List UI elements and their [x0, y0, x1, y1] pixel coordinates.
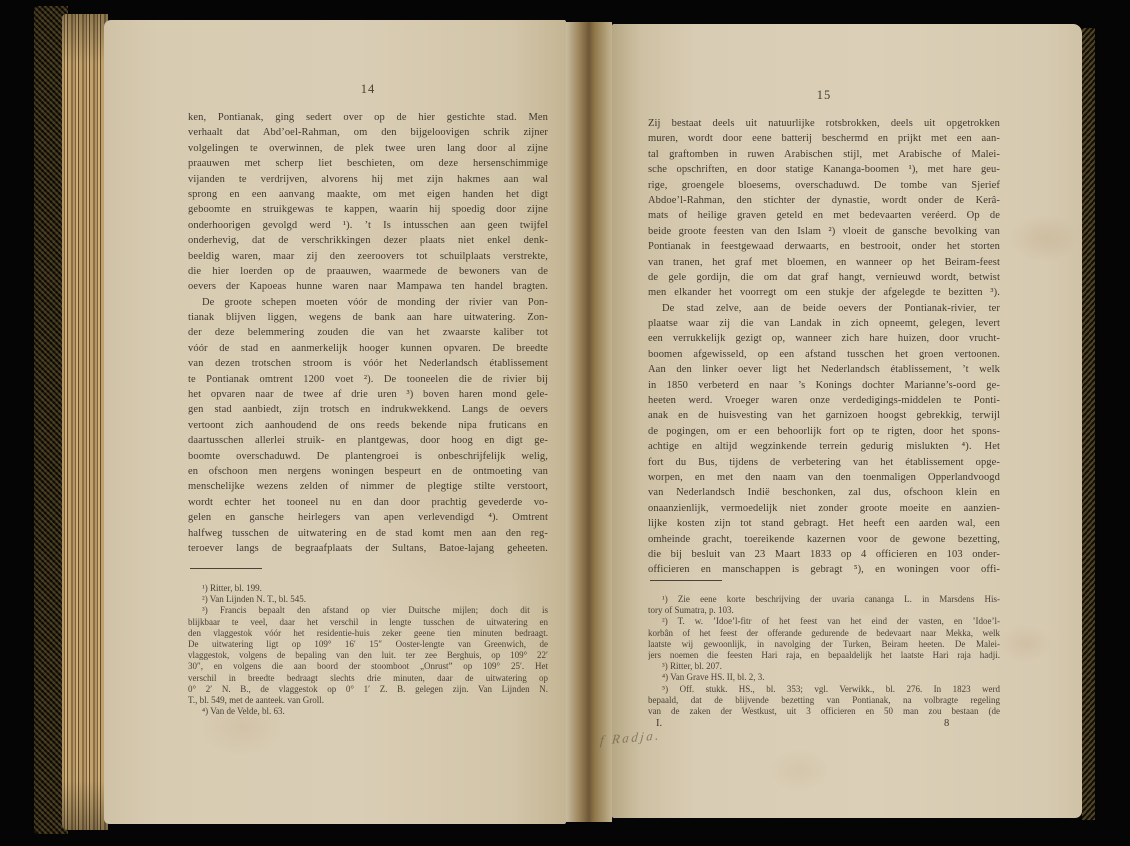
text-line: van de zaken der Westkust, uit 3 officie…: [648, 706, 1000, 717]
text-line: die hier loerden op de praauwen, waarmed…: [188, 264, 548, 279]
text-line: de gele gordijn, die om dat graf hangt, …: [648, 270, 1000, 285]
text-line: men elkander het voorregt om een stukje …: [648, 285, 1000, 300]
text-line: den vlaggestok vóór het residentie-huis …: [188, 628, 548, 639]
page-number-right: 15: [648, 88, 1000, 103]
text-line: ³) Francis bepaalt den afstand op vier D…: [188, 605, 548, 616]
text-line: muren, wordt door eene batterij bescherm…: [648, 131, 1000, 146]
text-line: Abdoe’l-Rahman, den stichter der dynasti…: [648, 193, 1000, 208]
text-line: Aan den linker oever ligt het Nederlands…: [648, 362, 1000, 377]
text-line: ⁴) Van de Velde, bl. 63.: [188, 706, 548, 717]
text-line: volgelingen te overwinnen, de plek twee …: [188, 141, 548, 156]
text-line: Zij bestaat deels uit natuurlijke rotsbr…: [648, 116, 1000, 131]
text-line: jers noemen die feesten Hari raja, en be…: [648, 650, 1000, 661]
footnote-rule: [650, 580, 722, 581]
text-line: sprong en een aanvang maakte, om met eig…: [188, 187, 548, 202]
footnote: ³) Francis bepaalt den afstand op vier D…: [188, 605, 548, 706]
right-footnotes: ¹) Zie eene korte beschrijving der uvari…: [648, 594, 1000, 717]
text-line: daartusschen allerlei struik- en plantge…: [188, 433, 548, 448]
text-line: vlaggestok, volgens de bepaling van den …: [188, 650, 548, 661]
text-line: beide groote feesten van den Islam ²) vl…: [648, 224, 1000, 239]
text-line: verschil in breedte bedraagt slechts dri…: [188, 673, 548, 684]
text-line: plaatse waar zij die van Landak in zich …: [648, 316, 1000, 331]
text-line: mats of heilige graven geteld en met bed…: [648, 208, 1000, 223]
text-line: ³) Ritter, bl. 207.: [648, 661, 1000, 672]
text-line: fort du Bus, tijdens de verbetering van …: [648, 455, 1000, 470]
left-page: 14 ken, Pontianak, ging sedert over op d…: [104, 20, 566, 824]
footnote: ²) Van Lijnden N. T., bl. 545.: [188, 594, 548, 605]
text-line: teroever langs de begraafplaats der Sult…: [188, 541, 548, 556]
signature-row: I. 8: [648, 718, 1000, 732]
text-line: beeldig waren, maar zij den zeeroovers t…: [188, 249, 548, 264]
text-line: onderhevig, dat de verschrikkingen dezer…: [188, 233, 548, 248]
footnote: ¹) Ritter, bl. 199.: [188, 583, 548, 594]
text-line: vertoont zich aanhoudend de ons reeds be…: [188, 418, 548, 433]
text-line: De groote schepen moeten vóór de monding…: [188, 295, 548, 310]
text-line: anak en de huisvesting van het garnizoen…: [648, 408, 1000, 423]
text-line: der deze belemmering zouden die van het …: [188, 325, 548, 340]
text-line: lijke kosten zijn tot stand gebragt. Het…: [648, 516, 1000, 531]
right-page: 15 Zij bestaat deels uit natuurlijke rot…: [612, 24, 1082, 818]
footnote: ¹) Zie eene korte beschrijving der uvari…: [648, 594, 1000, 616]
text-line: oevers der Kapoeas hunne waren naar Mamp…: [188, 279, 548, 294]
text-line: een verrukkelijk gezigt op, wanneer zich…: [648, 331, 1000, 346]
paragraph: De stad zelve, aan de beide oevers der P…: [648, 301, 1000, 578]
text-line: T., bl. 549, met de aanteek. van Groll.: [188, 695, 548, 706]
text-line: in 1850 verbeterd en naar ’s Konings doc…: [648, 378, 1000, 393]
text-line: omheinde gracht, toereikende kazernen vo…: [648, 532, 1000, 547]
text-line: heeten werd. Vroeger waren onze verdedig…: [648, 393, 1000, 408]
footnote-rule: [190, 568, 262, 569]
text-line: de pogingen, om er een behoorlijk fort o…: [648, 424, 1000, 439]
text-line: onderhoorigen gevolgd werd ¹). ’t Is int…: [188, 218, 548, 233]
paragraph: ken, Pontianak, ging sedert over op de h…: [188, 110, 548, 295]
text-line: boomte overschaduwd. De plantengroei is …: [188, 449, 548, 464]
text-line: onaanzienlijk, vermoedelijk niet zonder …: [648, 501, 1000, 516]
text-line: vijanden te verdrijven, alvorens hij met…: [188, 172, 548, 187]
text-line: menschelijke wezens zelden of nimmer de …: [188, 479, 548, 494]
text-line: achtige en altijd wegzinkende terrein ge…: [648, 439, 1000, 454]
text-line: officieren en manschappen is gebragt ⁵),…: [648, 562, 1000, 577]
book-cover-right-edge: [1082, 28, 1095, 820]
text-line: praauwen met scherp liet beschieten, om …: [188, 156, 548, 171]
right-text-column: 15 Zij bestaat deels uit natuurlijke rot…: [648, 88, 1000, 818]
text-line: 0° 2′ N. B., de vlaggestok op 0° 1′ Z. B…: [188, 684, 548, 695]
footnote: ⁴) Van Grave HS. II, bl. 2, 3.: [648, 672, 1000, 683]
text-line: korbân of het feest der offerande gedure…: [648, 628, 1000, 639]
text-line: geboomte en struikgewas te kappen, waari…: [188, 202, 548, 217]
text-line: sche opschriften, en door statige Kanang…: [648, 162, 1000, 177]
text-line: ⁴) Van Grave HS. II, bl. 2, 3.: [648, 672, 1000, 683]
text-line: ¹) Zie eene korte beschrijving der uvari…: [648, 594, 1000, 605]
text-line: wordt echter het tooneel nu en dan door …: [188, 495, 548, 510]
text-line: gen stad aanbiedt, zijn trotsch en indru…: [188, 402, 548, 417]
text-line: bepaald, dat de blijvende bezetting van …: [648, 695, 1000, 706]
text-line: van dezen trotschen stroom is vóór het N…: [188, 356, 548, 371]
text-line: De uitwatering ligt op 109° 16′ 15″ Oost…: [188, 639, 548, 650]
footnote: ³) Ritter, bl. 207.: [648, 661, 1000, 672]
text-line: gelen en gansche heirlegers van apen ver…: [188, 510, 548, 525]
text-line: rige, groengele bloesems, overschaduwd. …: [648, 178, 1000, 193]
footnote: ⁴) Van de Velde, bl. 63.: [188, 706, 548, 717]
page-number-left: 14: [188, 82, 548, 97]
text-line: 30″, en volgens die aan boord der stoomb…: [188, 661, 548, 672]
text-line: blijkbaar te veel, daar het verschil in …: [188, 617, 548, 628]
text-line: halfweg tusschen de uitwatering en de st…: [188, 526, 548, 541]
text-line: ⁵) Off. stukk. HS., bl. 353; vgl. Verwik…: [648, 684, 1000, 695]
text-line: ²) Van Lijnden N. T., bl. 545.: [188, 594, 548, 605]
left-text-column: 14 ken, Pontianak, ging sedert over op d…: [188, 82, 548, 822]
text-line: van tranen, het graf met bloemen, en wan…: [648, 255, 1000, 270]
text-line: worpen, en met den naam van den toenmali…: [648, 470, 1000, 485]
text-line: ¹) Ritter, bl. 199.: [188, 583, 548, 594]
book-gutter-shadow: [566, 22, 612, 822]
sheet-signature-number: 8: [944, 718, 949, 729]
text-line: vóór de stad en aanmerkelijk hooger kunn…: [188, 341, 548, 356]
text-line: ²) T. w. ’Idoe’l-fitr of het feest van h…: [648, 616, 1000, 627]
text-line: te Pontianak omtrent 1200 voet ²). De to…: [188, 372, 548, 387]
text-line: verhaalt dat Abd’oel-Rahman, om den bijg…: [188, 125, 548, 140]
book-spread: 14 ken, Pontianak, ging sedert over op d…: [0, 0, 1130, 846]
stacked-page-edges: [62, 14, 108, 830]
right-main-text: Zij bestaat deels uit natuurlijke rotsbr…: [648, 116, 1000, 578]
paragraph: Zij bestaat deels uit natuurlijke rotsbr…: [648, 116, 1000, 301]
text-line: tal graftomben in ruwen Arabischen stijl…: [648, 147, 1000, 162]
text-line: boomen afgewisseld, op een afstand tussc…: [648, 347, 1000, 362]
left-main-text: ken, Pontianak, ging sedert over op de h…: [188, 110, 548, 556]
text-line: die bij besluit van 23 Maart 1833 op 4 o…: [648, 547, 1000, 562]
footnote: ⁵) Off. stukk. HS., bl. 353; vgl. Verwik…: [648, 684, 1000, 718]
text-line: en ofschoon men nergens woningen bespeur…: [188, 464, 548, 479]
text-line: van Nederlandsch Indië beschonken, zal d…: [648, 485, 1000, 500]
paragraph: De groote schepen moeten vóór de monding…: [188, 295, 548, 557]
left-footnotes: ¹) Ritter, bl. 199. ²) Van Lijnden N. T.…: [188, 583, 548, 717]
text-line: Pontianak in feestgewaad derwaarts, en b…: [648, 239, 1000, 254]
text-line: laatste wij gewoonlijk, in navolging der…: [648, 639, 1000, 650]
text-line: het opvaren naar de twee af drie uren ³)…: [188, 387, 548, 402]
footnote: ²) T. w. ’Idoe’l-fitr of het feest van h…: [648, 616, 1000, 661]
text-line: De stad zelve, aan de beide oevers der P…: [648, 301, 1000, 316]
text-line: tory of Sumatra, p. 103.: [648, 605, 1000, 616]
text-line: tianak blijven liggen, wegens de bank aa…: [188, 310, 548, 325]
text-line: ken, Pontianak, ging sedert over op de h…: [188, 110, 548, 125]
